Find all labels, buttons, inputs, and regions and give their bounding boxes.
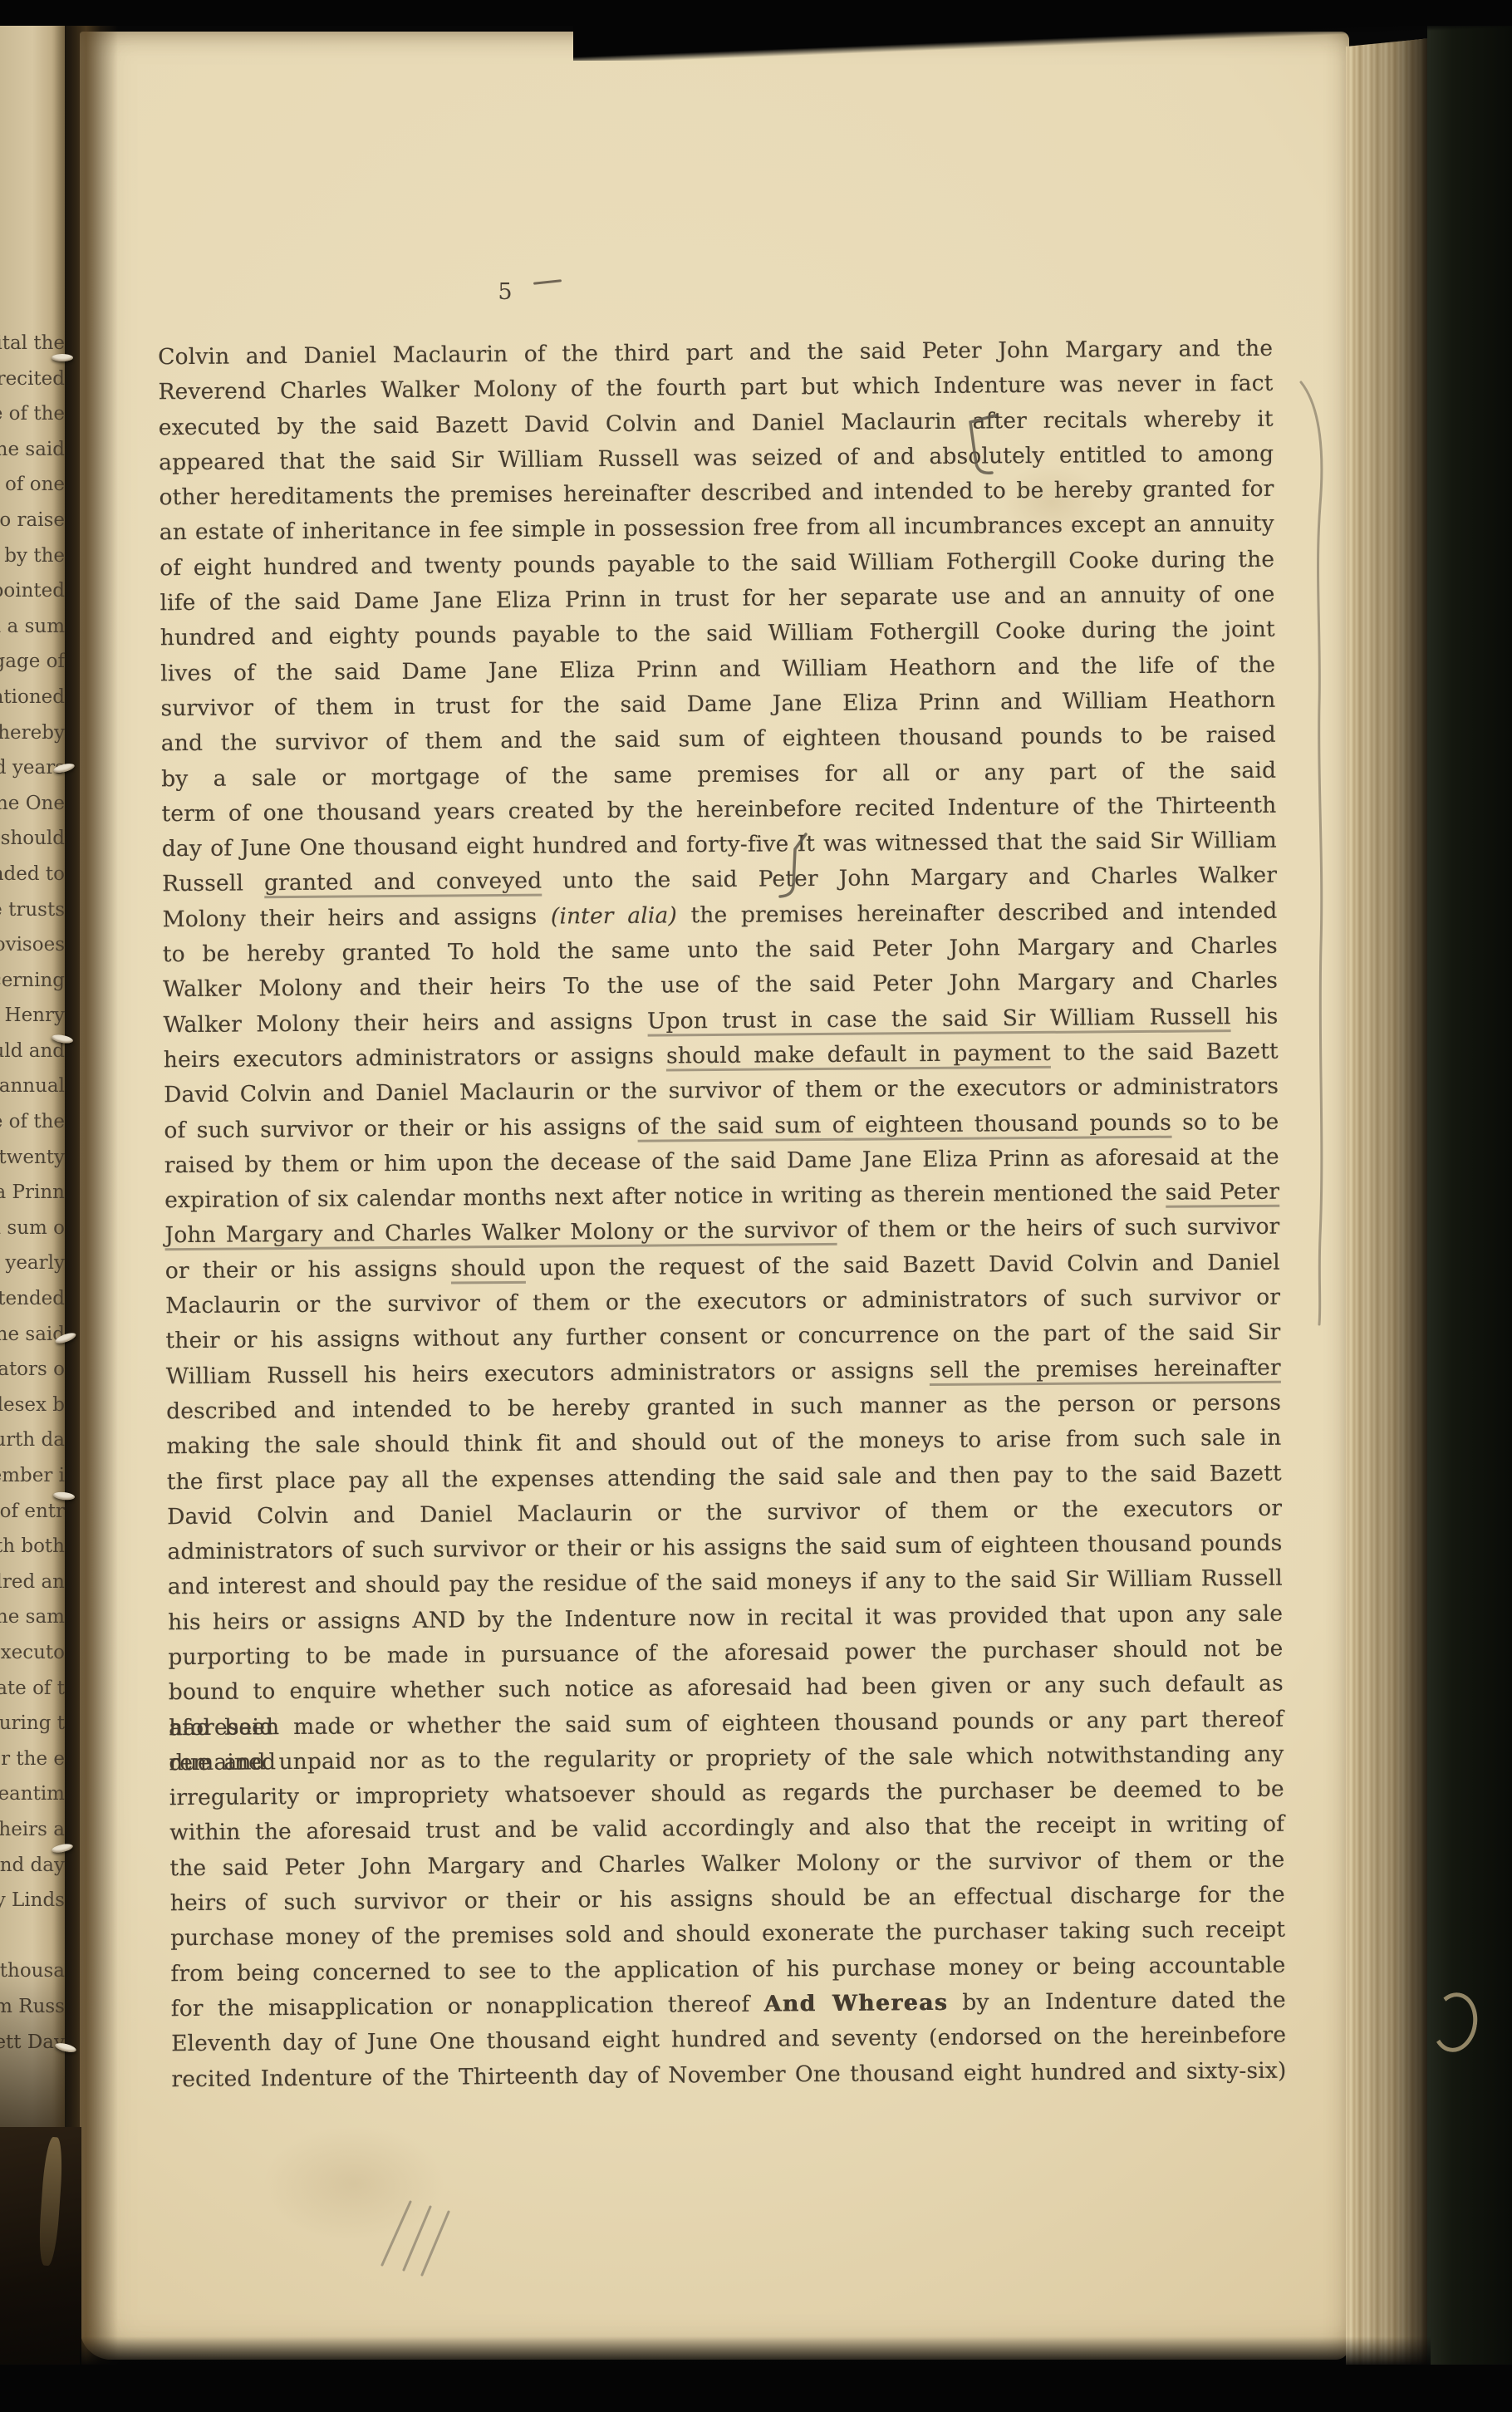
pencil-dash: [533, 279, 562, 285]
margin-fragment: nry Linds: [0, 1883, 65, 1918]
page-number: 5: [488, 279, 522, 305]
facing-page-edge: cital therecitede of thethe saidof oneto…: [0, 25, 65, 2129]
margin-fragment: d a sum: [0, 609, 65, 645]
margin-fragment: be hereby: [0, 715, 65, 751]
margin-fragment: securing t: [0, 1706, 65, 1741]
margin-fragment: e of the: [0, 396, 65, 432]
margin-fragment: ir executo: [0, 1635, 65, 1671]
binding-thread: [52, 354, 73, 361]
margin-fragment: fter the e: [0, 1741, 65, 1777]
margin-fragment: rtgage of: [0, 644, 65, 680]
margin-fragment: to raise: [0, 503, 65, 538]
margin-fragment: provisoes: [0, 927, 65, 963]
margin-fragment: al sum o: [0, 1211, 65, 1246]
margin-fragment: nd twenty: [0, 1140, 65, 1176]
margin-fragment: [0, 1918, 65, 1954]
margin-fragment: he annual: [0, 1068, 65, 1104]
book-cover: [1427, 0, 1512, 2412]
margin-fragment: r intended: [0, 1281, 65, 1317]
margin-fragment: of one: [0, 467, 65, 503]
frame-top: [0, 0, 1512, 26]
margin-fragment: une One: [0, 786, 65, 822]
margin-fragment: is heirs a: [0, 1812, 65, 1848]
book-scan-photo: cital therecitede of thethe saidof oneto…: [0, 0, 1512, 2412]
pencil-hatches: [382, 2202, 449, 2275]
page-edge-stack: [1346, 38, 1431, 2385]
margin-fragment: to the said: [0, 1317, 65, 1353]
margin-fragment: e meantim: [0, 1776, 65, 1812]
margin-fragments: cital therecitede of thethe saidof oneto…: [0, 25, 65, 2129]
margin-fragment: strators o: [0, 1352, 65, 1388]
margin-fragment: date of t: [0, 1671, 65, 1707]
paper-stain: [263, 2125, 445, 2242]
margin-fragment: he trusts: [0, 892, 65, 928]
margin-fragment: appointed: [0, 573, 65, 609]
margin-fragment: ecember i: [0, 1458, 65, 1494]
margin-fragment: Eliza Prinn: [0, 1175, 65, 1211]
margin-fragment: fe of the: [0, 1104, 65, 1140]
text-block: Colvin and Daniel Maclaurin of the third…: [158, 332, 1287, 2097]
margin-fragment: ne should: [0, 821, 65, 857]
margin-fragment: ick Henry: [0, 998, 65, 1034]
margin-pencil-line: [1301, 382, 1322, 1324]
margin-fragment: rs of entr: [0, 1494, 65, 1530]
margin-fragment: and yearly: [0, 1245, 65, 1281]
margin-fragment: concerning: [0, 963, 65, 999]
margin-fragment: recited: [0, 361, 65, 397]
margin-fragment: ended to: [0, 857, 65, 892]
margin-fragment: cond day: [0, 1848, 65, 1884]
frame-top-wedge: [573, 24, 1512, 61]
margin-fragment: undred an: [0, 1565, 65, 1600]
margin-fragment: ) by the: [0, 538, 65, 574]
margin-fragment: ddlesex b: [0, 1388, 65, 1423]
margin-fragment: mentioned: [0, 680, 65, 715]
margin-fragment: the said: [0, 432, 65, 468]
frame-bottom: [0, 2365, 1512, 2412]
margin-fragment: with both: [0, 1529, 65, 1565]
margin-fragment: g the sam: [0, 1599, 65, 1635]
margin-fragment: fourth da: [0, 1422, 65, 1458]
book-page: 5 Colvin and Daniel Maclaurin of the thi…: [80, 32, 1349, 2360]
